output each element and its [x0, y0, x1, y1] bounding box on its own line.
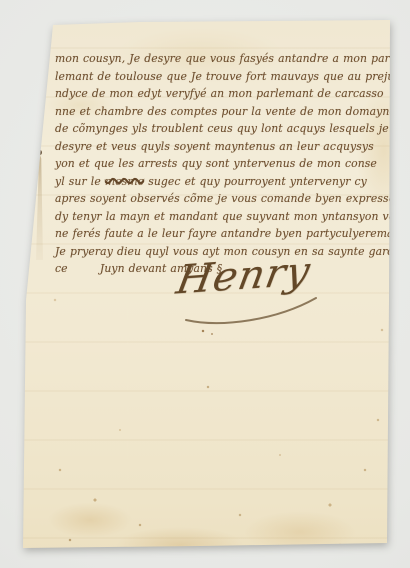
letter-line-1: mon cousyn, Je desyre que vous fasyés an…: [55, 50, 393, 68]
paper-crease: [36, 152, 43, 260]
letter-line-3: ndyce de mon edyt veryfyé an mon parlema…: [55, 85, 393, 103]
photo-stage: mon cousyn, Je desyre que vous fasyés an…: [0, 0, 410, 568]
letter-line-4: nne et chambre des comptes pour la vente…: [55, 103, 393, 121]
letter-line-8-post: sugec et quy pourroyent yntervenyr cy: [144, 175, 367, 188]
letter-line-11: ne ferés faute a le leur fayre antandre …: [55, 225, 393, 243]
letter-line-2: lemant de toulouse que Je trouve fort ma…: [55, 68, 393, 86]
signature-flourish-icon: [182, 296, 322, 328]
letter-line-10: dy tenyr la mayn et mandant que suyvant …: [55, 208, 393, 226]
letter-line-7: yon et que les arrests quy sont ynterven…: [55, 155, 393, 173]
letter-line-8-pre: yl sur le: [55, 175, 105, 188]
letter-line-8: yl sur le mesme sugec et quy pourroyent …: [55, 173, 393, 191]
crossed-out-word: mesme: [105, 175, 144, 188]
ink-speck: [38, 150, 42, 155]
letter-line-9: apres soyent observés cõme je vous coman…: [55, 190, 393, 208]
letter-photo: mon cousyn, Je desyre que vous fasyés an…: [0, 0, 410, 568]
letter-line-5: de cõmynges yls troublent ceus quy lont …: [55, 120, 393, 138]
manuscript-paper: mon cousyn, Je desyre que vous fasyés an…: [0, 0, 410, 568]
signature: Henry: [173, 251, 313, 300]
letter-text: mon cousyn, Je desyre que vous fasyés an…: [55, 50, 393, 278]
letter-line-6: desyre et veus quyls soyent mayntenus an…: [55, 138, 393, 156]
